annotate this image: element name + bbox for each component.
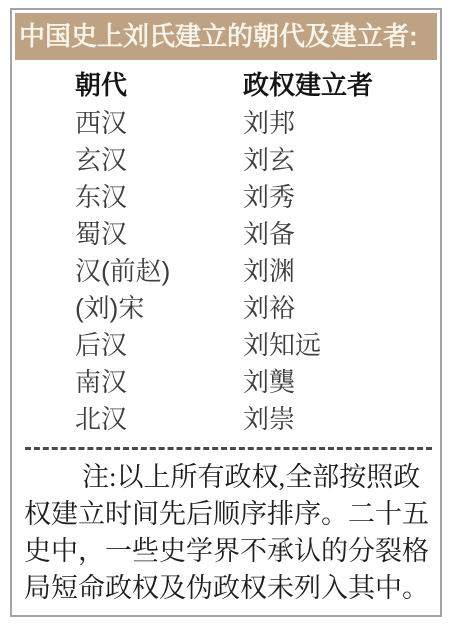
founder-cell: 刘崇	[243, 401, 440, 438]
founder-cell: 刘渊	[243, 253, 440, 290]
dynasty-cell: 后汉	[75, 327, 243, 364]
dynasty-cell: 汉(前赵)	[75, 253, 243, 290]
founder-cell: 刘知远	[243, 327, 440, 364]
dynasty-table: 朝代 政权建立者 西汉 刘邦 玄汉 刘玄 东汉 刘秀 蜀汉 刘备 汉(前赵) 刘…	[12, 65, 440, 438]
dynasty-cell: 南汉	[75, 364, 243, 401]
footnote-line: 权建立时间先后顺序排序。二十五	[24, 496, 434, 533]
column-header-founder: 政权建立者	[243, 65, 440, 105]
founder-cell: 刘邦	[243, 105, 440, 142]
founder-cell: 刘裕	[243, 290, 440, 327]
founder-cell: 刘玄	[243, 142, 440, 179]
table-row: 西汉 刘邦	[12, 105, 440, 142]
table-row: 蜀汉 刘备	[12, 216, 440, 253]
infobox-title: 中国史上刘氏建立的朝代及建立者:	[15, 13, 437, 60]
dynasty-infobox: 中国史上刘氏建立的朝代及建立者: 朝代 政权建立者 西汉 刘邦 玄汉 刘玄 东汉…	[10, 8, 442, 617]
table-row: 玄汉 刘玄	[12, 142, 440, 179]
founder-cell: 刘龑	[243, 364, 440, 401]
table-row: 后汉 刘知远	[12, 327, 440, 364]
dynasty-cell: 蜀汉	[75, 216, 243, 253]
footnote-line: 史中，一些史学界不承认的分裂格	[24, 533, 434, 570]
dynasty-cell: 西汉	[75, 105, 243, 142]
column-header-dynasty: 朝代	[75, 65, 243, 105]
table-row: 南汉 刘龑	[12, 364, 440, 401]
table-row: (刘)宋 刘裕	[12, 290, 440, 327]
table-row: 汉(前赵) 刘渊	[12, 253, 440, 290]
table-row: 东汉 刘秀	[12, 179, 440, 216]
footnote: 注:以上所有政权,全部按照政 权建立时间先后顺序排序。二十五 史中，一些史学界不…	[24, 459, 434, 607]
table-row: 北汉 刘崇	[12, 401, 440, 438]
founder-cell: 刘备	[243, 216, 440, 253]
footnote-line: 注:以上所有政权,全部按照政	[24, 459, 434, 496]
table-header-row: 朝代 政权建立者	[12, 65, 440, 105]
dynasty-cell: 玄汉	[75, 142, 243, 179]
footnote-line: 局短命政权及伪政权未列入其中。	[24, 570, 434, 607]
founder-cell: 刘秀	[243, 179, 440, 216]
dynasty-cell: 北汉	[75, 401, 243, 438]
dynasty-cell: (刘)宋	[75, 290, 243, 327]
dynasty-cell: 东汉	[75, 179, 243, 216]
dashed-divider	[25, 447, 432, 450]
